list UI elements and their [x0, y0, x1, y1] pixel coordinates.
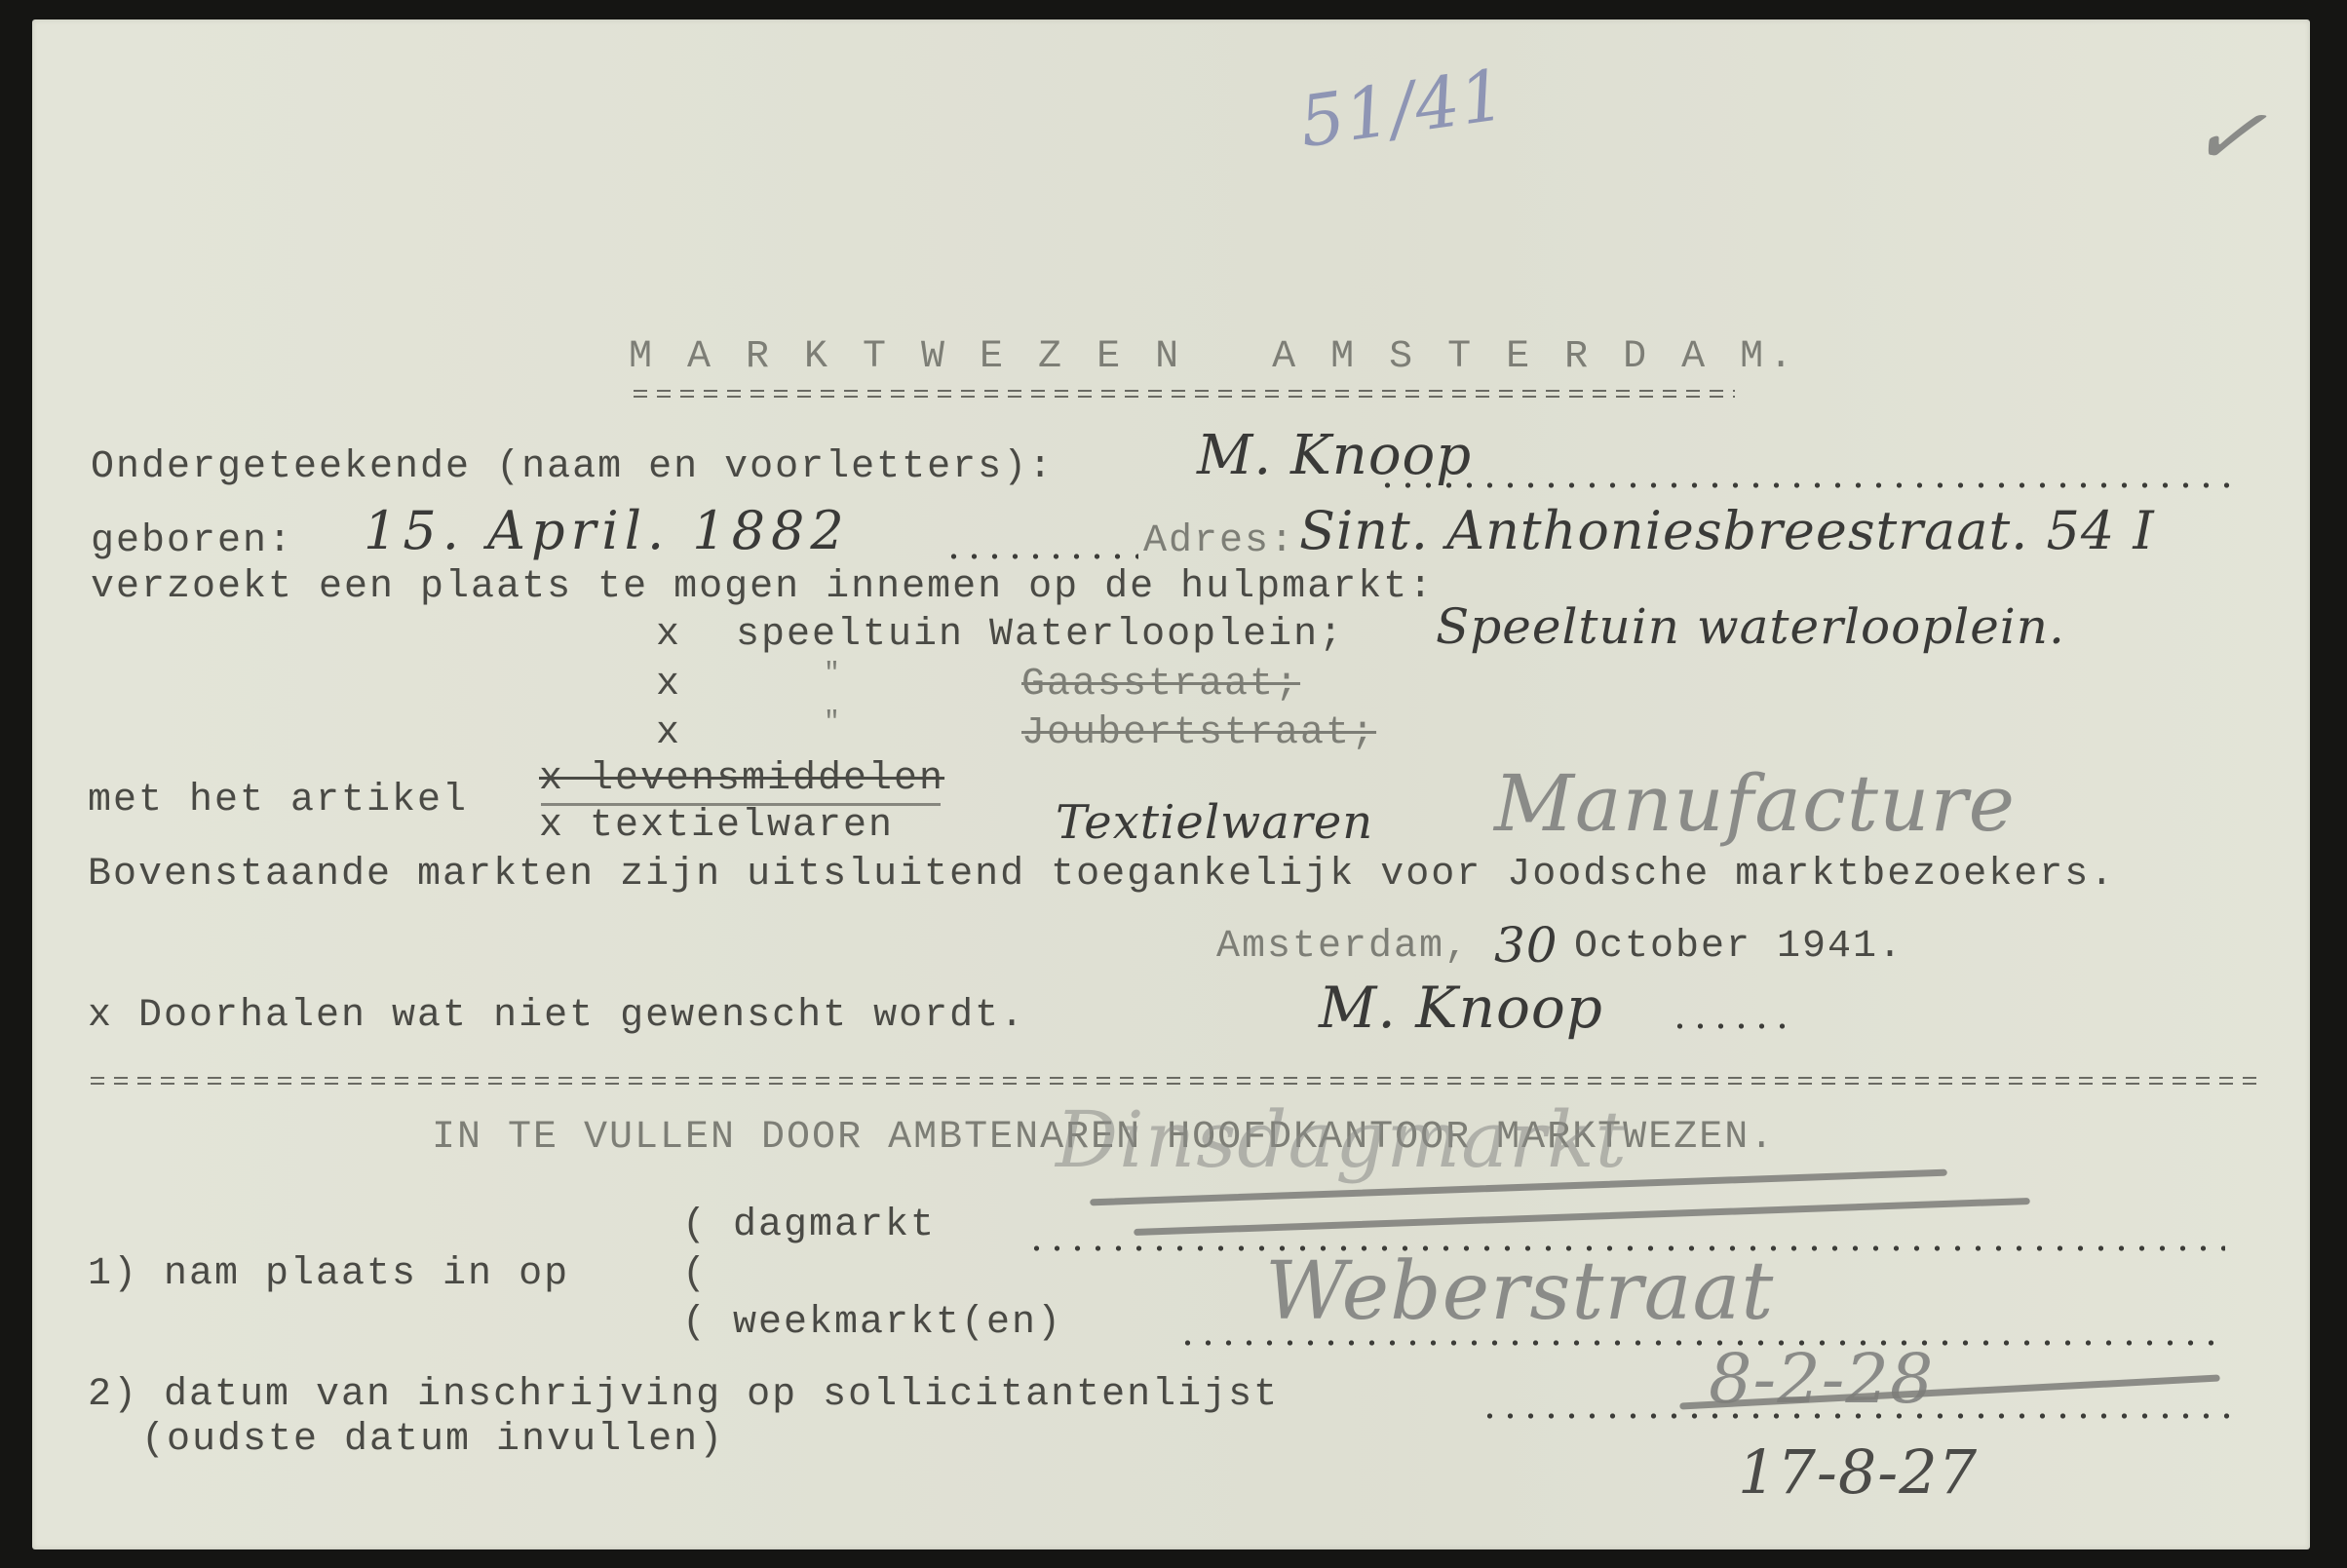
market-option-mark: x: [656, 666, 681, 705]
brace-middle: (: [682, 1255, 706, 1294]
market-option-mark: x: [656, 616, 681, 655]
date-day: 30: [1494, 921, 1558, 970]
born-dotted-line: [943, 554, 1138, 559]
market-option-waterlooplein: speeltuin Waterlooplein;: [736, 616, 1344, 655]
weekmarkt-value: Weberstraat: [1265, 1252, 1774, 1332]
document-paper: 51/41 ✓ M A R K T W E Z E N A M S T E R …: [32, 19, 2310, 1549]
address-label: Adres:: [1143, 522, 1295, 561]
signature: M. Knoop: [1319, 979, 1603, 1036]
born-value: 15. April. 1882: [364, 505, 850, 557]
weekmarkt-label: ( weekmarkt(en): [682, 1304, 1062, 1343]
article-handwritten-pencil: Manufacture: [1494, 765, 2016, 843]
name-dotted-line: [1377, 482, 2235, 488]
item2-sub: (oudste datum invullen): [141, 1421, 724, 1460]
ditto-mark: ": [824, 709, 842, 737]
market-option-handwritten: Speeltuin waterlooplein.: [1436, 602, 2065, 651]
place-city: Amsterdam,: [1216, 928, 1470, 967]
article-option-levensmiddelen: x levensmiddelen: [539, 760, 944, 799]
page-title: M A R K T W E Z E N A M S T E R D A M.: [629, 338, 1798, 377]
name-label: Ondergeteekende (naam en voorletters):: [91, 448, 1054, 487]
file-number-annotation: 51/41: [1295, 59, 1510, 158]
ditto-mark: ": [824, 661, 842, 688]
item2-value: 17-8-27: [1738, 1442, 1978, 1503]
market-option-gaasstraat: Gaasstraat;: [1021, 666, 1300, 705]
check-mark-icon: ✓: [2185, 88, 2271, 185]
market-option-joubertstraat: Joubertstraat;: [1021, 714, 1376, 753]
title-underline: [634, 390, 1735, 399]
pencil-strikeout-line: [1134, 1198, 2030, 1236]
section-divider: [91, 1077, 2264, 1086]
name-value: M. Knoop: [1197, 429, 1472, 483]
item1-label: 1) nam plaats in op: [88, 1255, 569, 1294]
article-handwritten-ink: Textielwaren: [1056, 799, 1373, 846]
weekmarkt-dotted-line: [1177, 1340, 2225, 1346]
dagmarkt-label: ( dagmarkt: [682, 1206, 936, 1245]
date-month-year: October 1941.: [1574, 928, 1904, 967]
footnote-strike-instruction: x Doorhalen wat niet gewenscht wordt.: [88, 997, 1025, 1036]
struck-pencil-entry: Dinsdagmarkt: [1056, 1101, 1628, 1179]
born-label: geboren:: [91, 522, 293, 561]
signature-dotted-line: [1670, 1023, 1796, 1029]
article-label: met het artikel: [88, 782, 468, 821]
article-option-textielwaren: x textielwaren: [539, 807, 894, 846]
request-intro: verzoekt een plaats te mogen innemen op …: [91, 568, 1434, 607]
item2-label: 2) datum van inschrijving op sollicitant…: [88, 1376, 1279, 1415]
notice-text: Bovenstaande markten zijn uitsluitend to…: [88, 856, 2115, 895]
market-option-mark: x: [656, 714, 681, 753]
address-value: Sint. Anthoniesbreestraat. 54 I: [1299, 505, 2155, 557]
